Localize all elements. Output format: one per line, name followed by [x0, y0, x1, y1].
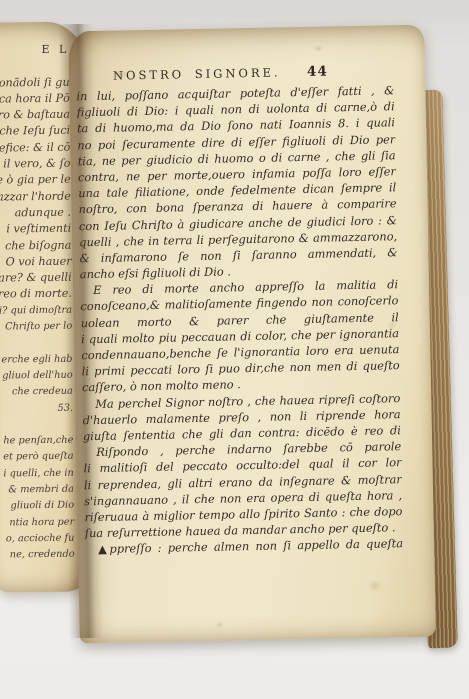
book-photo: E L tronãdoli ſi gu cerca hora il Pō ro …	[0, 0, 469, 699]
running-title: NOSTRO SIGNORE.	[113, 65, 281, 82]
left-text-fragment: ne, credendo	[0, 547, 75, 566]
folio-number: 44	[307, 63, 328, 79]
left-page-text: E L tronãdoli ſi gu cerca hora il Pō ro …	[0, 42, 75, 567]
right-page: NOSTRO SIGNORE. 44 in lui, poſſano acqui…	[68, 25, 436, 644]
page-body-text: in lui, poſſano acquiſtar poteſta d'eſſe…	[76, 82, 403, 557]
